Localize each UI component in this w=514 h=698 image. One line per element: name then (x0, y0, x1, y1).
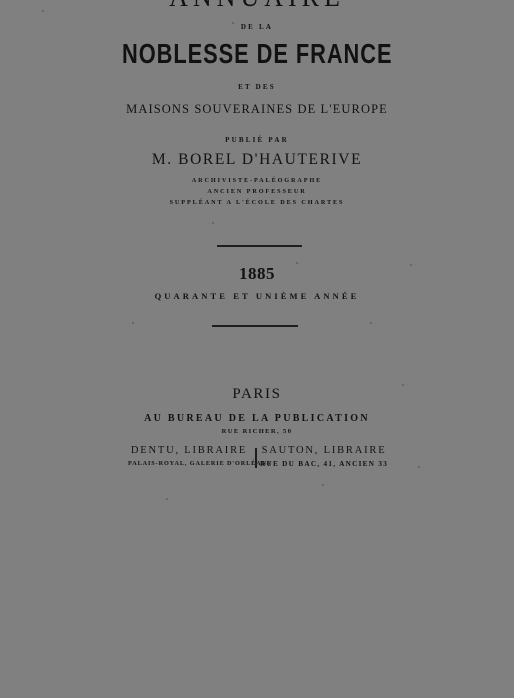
publication-year: 1885 (0, 265, 514, 282)
connector-et-des: ET DES (0, 84, 514, 91)
scan-speck (296, 262, 298, 264)
edition-statement: QUARANTE ET UNIÈME ANNÉE (0, 292, 514, 301)
scan-speck (132, 322, 134, 324)
publisher-dentu: DENTU, LIBRAIRE PALAIS-ROYAL, GALERIE D'… (128, 445, 250, 468)
publisher-name: DENTU, LIBRAIRE (128, 445, 250, 457)
publisher-address: PALAIS-ROYAL, GALERIE D'ORLÉANS (128, 460, 250, 468)
imprint-city: PARIS (0, 387, 514, 402)
author-credential: SUPPLÉANT A L'ÉCOLE DES CHARTES (0, 200, 514, 206)
subtitle: MAISONS SOUVERAINES DE L'EUROPE (0, 103, 514, 116)
divider-rule (217, 245, 302, 247)
author-credential: ARCHIVISTE-PALÉOGRAPHE (0, 178, 514, 184)
publisher-sauton: SAUTON, LIBRAIRE RUE DU BAC, 41, ANCIEN … (260, 445, 388, 468)
series-title-cropped: ANNUAIRE (0, 0, 514, 11)
publishers-block: DENTU, LIBRAIRE PALAIS-ROYAL, GALERIE D'… (0, 445, 514, 475)
author-name: M. BOREL D'HAUTERIVE (0, 152, 514, 168)
scan-speck (322, 484, 324, 486)
scan-speck (410, 264, 412, 266)
divider-rule (212, 325, 298, 327)
main-title: NOBLESSE DE FRANCE (57, 40, 458, 68)
scan-speck (232, 22, 234, 24)
published-by-label: PUBLIÉ PAR (0, 137, 514, 144)
author-credential: ANCIEN PROFESSEUR (0, 189, 514, 195)
connector-de-la: DE LA (0, 24, 514, 31)
imprint-office: AU BUREAU DE LA PUBLICATION (0, 414, 514, 424)
scan-speck (402, 384, 404, 386)
scan-speck (212, 222, 214, 224)
publisher-divider (255, 448, 257, 468)
scan-speck (370, 322, 372, 324)
scan-speck (42, 10, 44, 12)
publisher-name: SAUTON, LIBRAIRE (260, 445, 388, 457)
scan-speck (334, 110, 336, 112)
imprint-office-address: RUE RICHER, 50 (0, 429, 514, 436)
publisher-address: RUE DU BAC, 41, ANCIEN 33 (260, 460, 388, 468)
scan-speck (166, 498, 168, 500)
scan-speck (418, 466, 420, 468)
